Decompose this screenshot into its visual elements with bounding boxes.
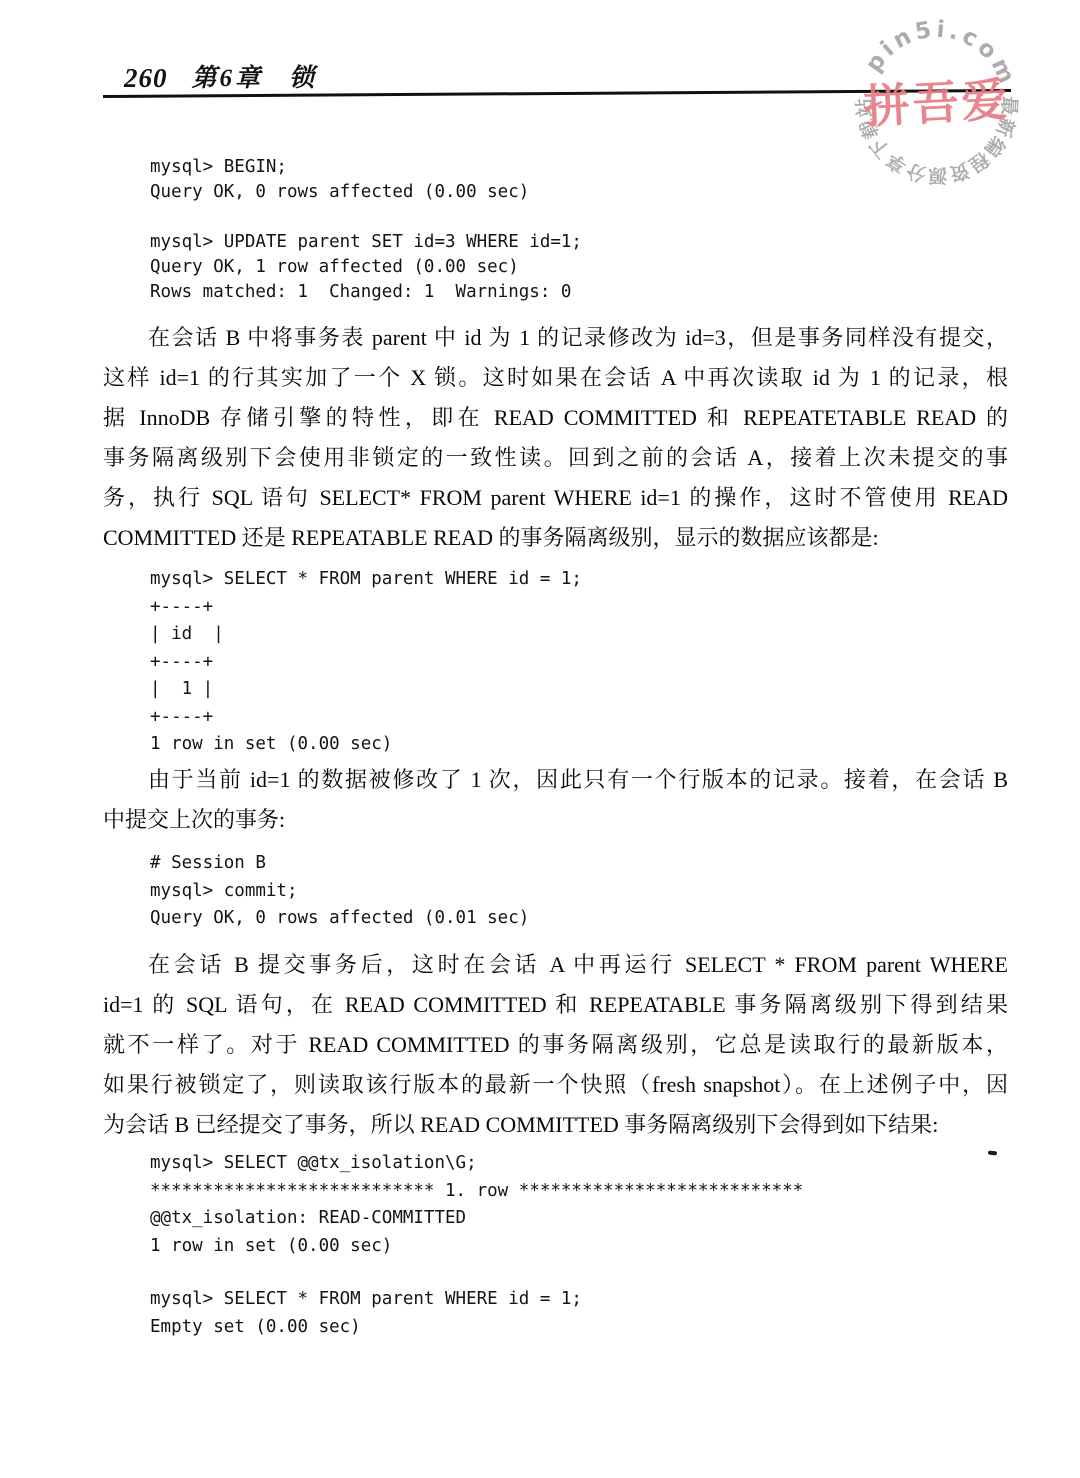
paragraph-read-committed: 在会话 B 提交事务后，这时在会话 A 中再运行 SELECT * FROM p… <box>103 945 1008 1145</box>
code-line: Empty set (0.00 sec) <box>150 1314 582 1342</box>
code-line: Query OK, 0 rows affected (0.00 sec) <box>150 180 582 205</box>
code-line <box>150 205 582 230</box>
paragraph-line: 如果行被锁定了，则读取该行版本的最新一个快照（fresh snapshot）。在… <box>103 1065 1008 1105</box>
paragraph-line: 务，执行 SQL 语句 SELECT* FROM parent WHERE id… <box>103 478 1008 518</box>
code-line: Rows matched: 1 Changed: 1 Warnings: 0 <box>150 280 582 305</box>
code-line: @@tx_isolation: READ-COMMITTED <box>150 1205 803 1233</box>
page-number: 260 <box>124 63 168 94</box>
code-block-commit: # Session B mysql> commit; Query OK, 0 r… <box>150 850 529 933</box>
code-line: +----+ <box>150 594 582 622</box>
code-block-begin-update: mysql> BEGIN; Query OK, 0 rows affected … <box>150 155 582 305</box>
page-header: 260 第6章 锁 <box>124 60 315 94</box>
paragraph-line: 据 InnoDB 存储引擎的特性，即在 READ COMMITTED 和 REP… <box>103 398 1008 438</box>
watermark-center-text: 拼吾爱 <box>862 72 1012 134</box>
code-line: Query OK, 0 rows affected (0.01 sec) <box>150 905 529 933</box>
code-line: mysql> UPDATE parent SET id=3 WHERE id=1… <box>150 230 582 255</box>
chapter-label: 第6章 <box>192 58 264 94</box>
paragraph-line: 中提交上次的事务: <box>103 800 1008 840</box>
paragraph-line: id=1 的 SQL 语句，在 READ COMMITTED 和 REPEATA… <box>103 985 1008 1025</box>
chapter-title: 锁 <box>289 58 315 94</box>
code-line: mysql> commit; <box>150 878 529 906</box>
code-line: mysql> SELECT * FROM parent WHERE id = 1… <box>150 566 582 594</box>
code-line: | 1 | <box>150 676 582 704</box>
paragraph-line: 这样 id=1 的行其实加了一个 X 锁。这时如果在会话 A 中再次读取 id … <box>103 358 1008 398</box>
paragraph-line: 在会话 B 提交事务后，这时在会话 A 中再运行 SELECT * FROM p… <box>103 945 1008 985</box>
code-line: 1 row in set (0.00 sec) <box>150 731 582 759</box>
code-line: # Session B <box>150 850 529 878</box>
code-line: 1 row in set (0.00 sec) <box>150 1233 803 1261</box>
code-line: mysql> BEGIN; <box>150 155 582 180</box>
paragraph-line: 在会话 B 中将事务表 parent 中 id 为 1 的记录修改为 id=3，… <box>103 318 1008 358</box>
code-block-select-result: mysql> SELECT * FROM parent WHERE id = 1… <box>150 566 582 759</box>
code-block-tx-isolation: mysql> SELECT @@tx_isolation\G; ********… <box>150 1150 803 1260</box>
paragraph-line: 就不一样了。对于 READ COMMITTED 的事务隔离级别，它总是读取行的最… <box>103 1025 1008 1065</box>
paragraph-line: 事务隔离级别下会使用非锁定的一致性读。回到之前的会话 A，接着上次未提交的事 <box>103 438 1008 478</box>
code-line: Query OK, 1 row affected (0.00 sec) <box>150 255 582 280</box>
paragraph-row-version: 由于当前 id=1 的数据被修改了 1 次，因此只有一个行版本的记录。接着，在会… <box>103 760 1008 840</box>
paragraph-line: 为会话 B 已经提交了事务，所以 READ COMMITTED 事务隔离级别下会… <box>103 1105 1008 1145</box>
code-line: | id | <box>150 621 582 649</box>
code-line: mysql> SELECT @@tx_isolation\G; <box>150 1150 803 1178</box>
scan-artifact-dash <box>988 1151 997 1156</box>
code-line: *************************** 1. row *****… <box>150 1178 803 1206</box>
code-line: +----+ <box>150 649 582 677</box>
code-line: mysql> SELECT * FROM parent WHERE id = 1… <box>150 1286 582 1314</box>
book-page: 260 第6章 锁 pin5i.com 最新编程资源分享下载站 拼吾爱 mysq… <box>0 0 1080 1478</box>
code-block-empty-set: mysql> SELECT * FROM parent WHERE id = 1… <box>150 1286 582 1341</box>
paragraph-line: 由于当前 id=1 的数据被修改了 1 次，因此只有一个行版本的记录。接着，在会… <box>103 760 1008 800</box>
code-line: +----+ <box>150 704 582 732</box>
paragraph-session-b-update: 在会话 B 中将事务表 parent 中 id 为 1 的记录修改为 id=3，… <box>103 318 1008 558</box>
watermark-stamp-icon: pin5i.com 最新编程资源分享下载站 拼吾爱 <box>812 0 1062 218</box>
paragraph-line: COMMITTED 还是 REPEATABLE READ 的事务隔离级别，显示的… <box>103 518 1008 558</box>
